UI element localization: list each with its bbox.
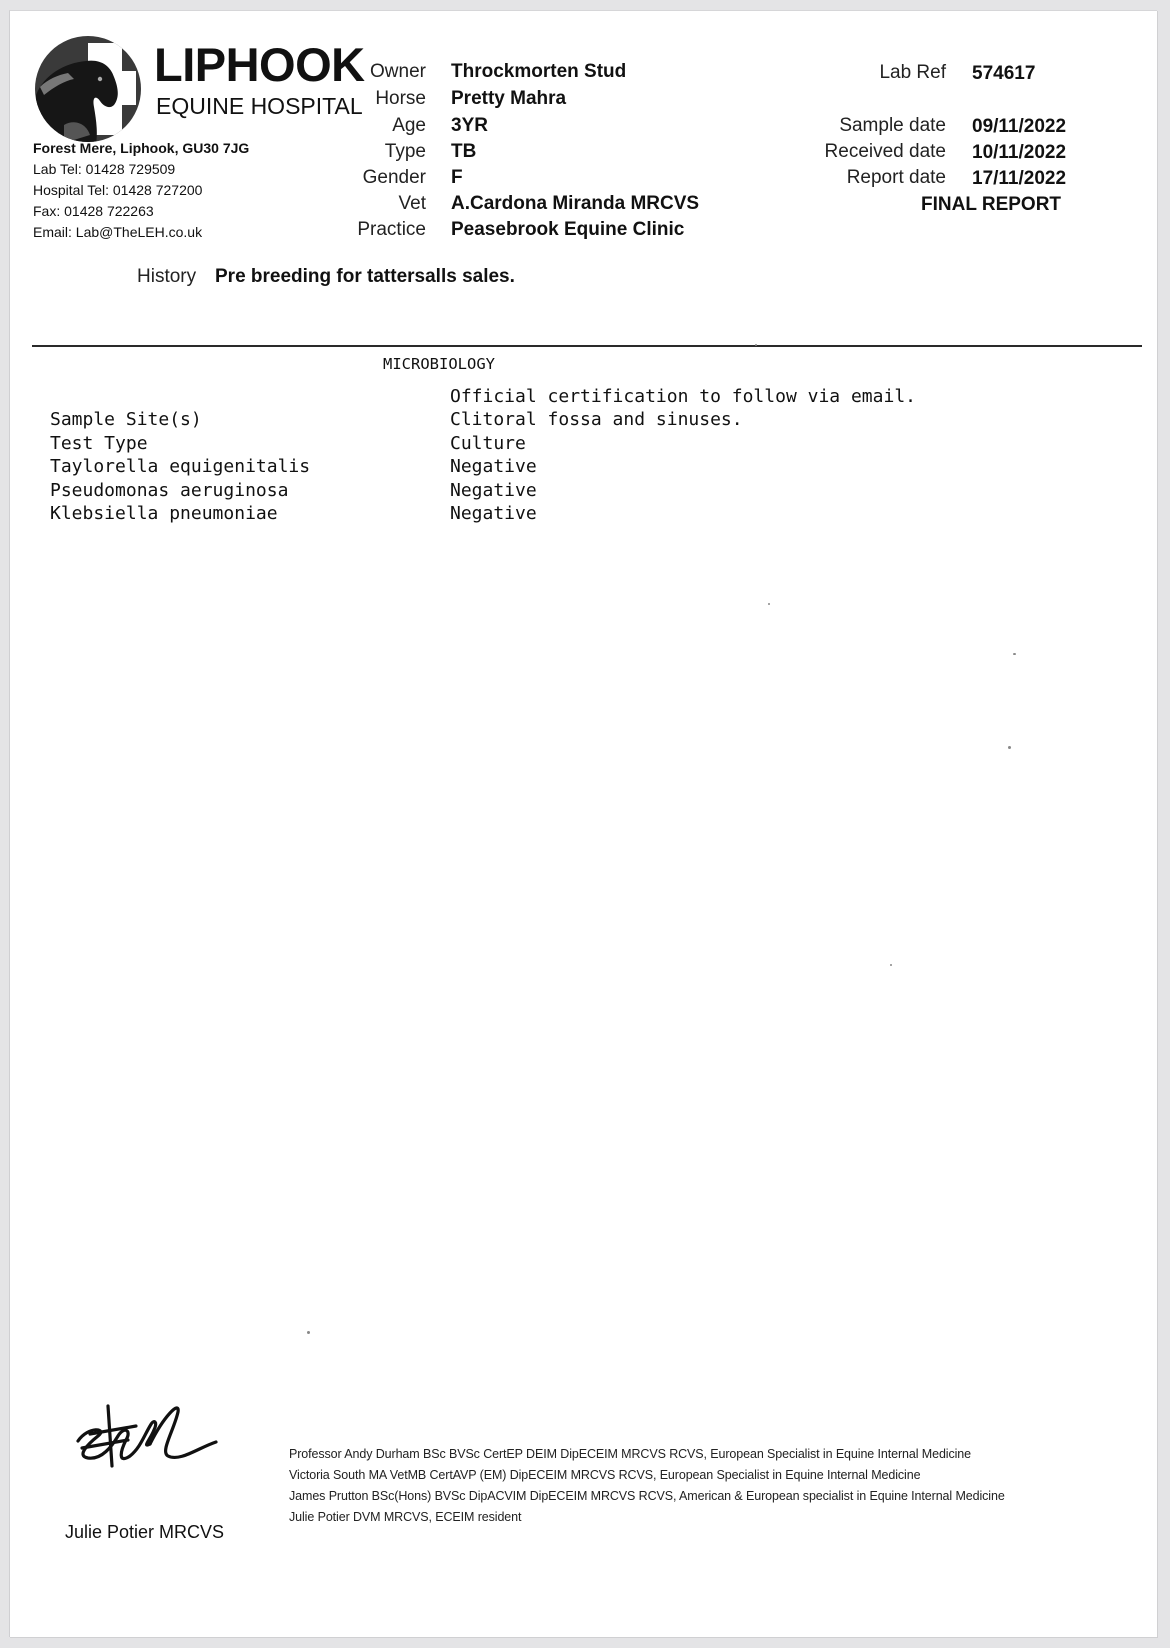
type-label: Type (306, 142, 426, 161)
history-label: History (137, 267, 196, 286)
section-title-microbiology: MICROBIOLOGY (383, 357, 495, 373)
horse-cross-logo-icon (34, 35, 142, 143)
scan-speck (768, 603, 770, 605)
lab-ref-label: Lab Ref (746, 63, 946, 82)
scan-speck (890, 964, 892, 966)
certification-note: Official certification to follow via ema… (450, 388, 916, 406)
practice-label: Practice (306, 220, 426, 239)
result-value: Negative (450, 505, 537, 523)
scan-speck (1008, 746, 1011, 749)
horse-value: Pretty Mahra (451, 89, 566, 108)
result-label: Klebsiella pneumoniae (50, 505, 278, 523)
result-value: Clitoral fossa and sinuses. (450, 411, 743, 429)
section-divider (32, 345, 1142, 347)
result-row: Taylorella equigenitalis Negative (50, 458, 1050, 482)
type-value: TB (451, 142, 476, 161)
report-date-value: 17/11/2022 (972, 169, 1066, 188)
lab-tel: Lab Tel: 01428 729509 (33, 162, 175, 176)
report-date-label: Report date (746, 168, 946, 187)
result-value: Culture (450, 435, 526, 453)
staff-line: Julie Potier DVM MRCVS, ECEIM resident (289, 1511, 521, 1524)
age-value: 3YR (451, 116, 488, 135)
result-label: Sample Site(s) (50, 411, 202, 429)
vet-value: A.Cardona Miranda MRCVS (451, 194, 699, 213)
staff-line: James Prutton BSc(Hons) BVSc DipACVIM Di… (289, 1490, 1005, 1503)
practice-value: Peasebrook Equine Clinic (451, 220, 684, 239)
signature-icon (68, 1396, 218, 1476)
scan-speck (307, 1331, 310, 1334)
received-date-value: 10/11/2022 (972, 143, 1066, 162)
horse-label: Horse (306, 89, 426, 108)
vet-label: Vet (306, 194, 426, 213)
sample-date-value: 09/11/2022 (972, 117, 1066, 136)
gender-value: F (451, 168, 463, 187)
received-date-label: Received date (746, 142, 946, 161)
result-row: Pseudomonas aeruginosa Negative (50, 482, 1050, 506)
age-label: Age (306, 116, 426, 135)
scan-speck (755, 344, 757, 346)
report-status: FINAL REPORT (921, 195, 1061, 214)
result-row: Klebsiella pneumoniae Negative (50, 505, 1050, 529)
staff-line: Professor Andy Durham BSc BVSc CertEP DE… (289, 1448, 971, 1461)
lab-report-page: LIPHOOK EQUINE HOSPITAL Forest Mere, Lip… (9, 10, 1157, 1637)
result-value: Negative (450, 458, 537, 476)
lab-ref-value: 574617 (972, 64, 1035, 83)
history-value: Pre breeding for tattersalls sales. (215, 267, 515, 286)
signatory-name: Julie Potier MRCVS (65, 1523, 224, 1541)
gender-label: Gender (306, 168, 426, 187)
owner-value: Throckmorten Stud (451, 62, 626, 81)
fax: Fax: 01428 722263 (33, 204, 154, 218)
result-label: Test Type (50, 435, 148, 453)
scan-speck (1013, 653, 1016, 655)
owner-label: Owner (306, 62, 426, 81)
results-table: Sample Site(s) Clitoral fossa and sinuse… (50, 411, 1050, 529)
staff-line: Victoria South MA VetMB CertAVP (EM) Dip… (289, 1469, 920, 1482)
email: Email: Lab@TheLEH.co.uk (33, 225, 202, 239)
result-row: Test Type Culture (50, 435, 1050, 459)
result-label: Taylorella equigenitalis (50, 458, 310, 476)
hospital-address: Forest Mere, Liphook, GU30 7JG (33, 141, 249, 155)
result-label: Pseudomonas aeruginosa (50, 482, 288, 500)
result-row: Sample Site(s) Clitoral fossa and sinuse… (50, 411, 1050, 435)
sample-date-label: Sample date (746, 116, 946, 135)
hospital-tel: Hospital Tel: 01428 727200 (33, 183, 202, 197)
result-value: Negative (450, 482, 537, 500)
